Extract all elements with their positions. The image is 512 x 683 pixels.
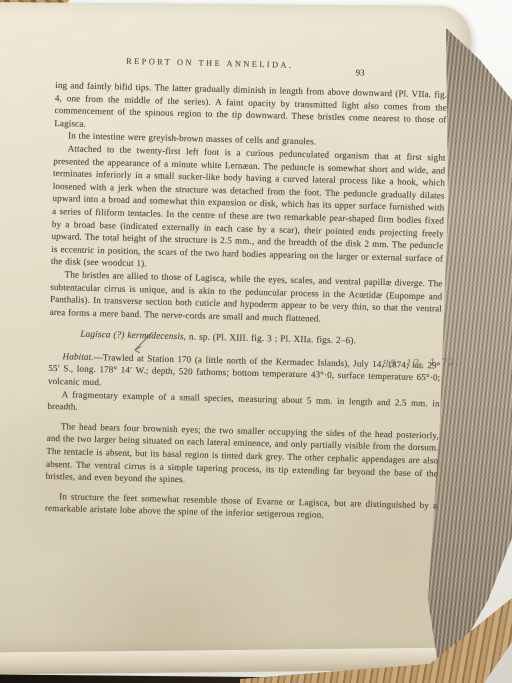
species-plate-reference: n. sp. (Pl. XIII. fig. 3 ; Pl. XIIa. fig… (189, 333, 356, 347)
page-number: 93 (355, 66, 364, 79)
body-paragraph-4: The bristles are allied to those of Lagi… (50, 268, 443, 328)
body-paragraph-6: The head bears four brownish eyes; the t… (46, 420, 439, 493)
habitat-label: Habitat. (62, 351, 93, 362)
pencil-check-icon (129, 330, 156, 355)
species-heading: Lagisca (?) kermadecensis, n. sp. (Pl. X… (65, 329, 371, 349)
photo-scene: REPORT ON THE ANNELIDA. 93 ing and faint… (0, 0, 512, 683)
body-paragraph-3: Attached to the twenty-first left foot i… (51, 142, 446, 277)
page-text-block: REPORT ON THE ANNELIDA. 93 ing and faint… (45, 54, 448, 524)
